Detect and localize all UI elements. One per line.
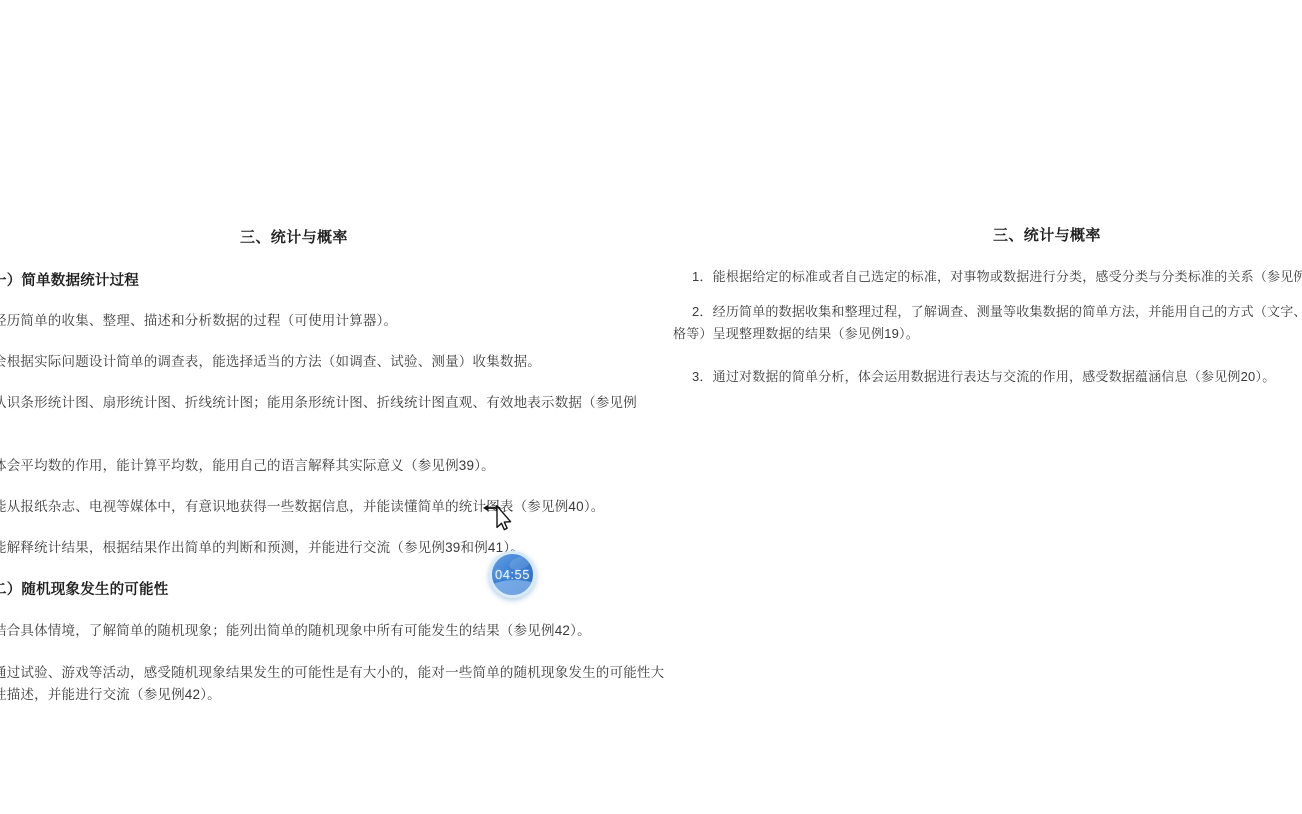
left-doc-paragraph: 经历简单的收集、整理、描述和分析数据的过程（可使用计算器）。 (0, 309, 397, 329)
left-doc-paragraph: 结合具体情境，了解简单的随机现象；能列出简单的随机现象中所有可能发生的结果（参见… (0, 619, 591, 639)
right-doc-paragraph: 3．通过对数据的简单分析，体会运用数据进行表达与交流的作用，感受数据蕴涵信息（参… (692, 366, 1275, 385)
right-doc-paragraph: 格等）呈现整理数据的结果（参见例19）。 (673, 323, 919, 342)
left-doc-paragraph: 认识条形统计图、扇形统计图、折线统计图；能用条形统计图、折线统计图直观、有效地表… (0, 391, 637, 411)
left-doc-paragraph: 会根据实际问题设计简单的调查表，能选择适当的方法（如调查、试验、测量）收集数据。 (0, 350, 541, 370)
left-doc-paragraph: 通过试验、游戏等活动，感受随机现象结果发生的可能性是有大小的，能对一些简单的随机… (0, 661, 664, 681)
left-doc-section-a-heading: 一）简单数据统计过程 (0, 269, 139, 290)
right-doc-paragraph: 2．经历简单的数据收集和整理过程，了解调查、测量等收集数据的简单方法，并能用自己… (692, 301, 1302, 320)
left-doc-title: 三、统计与概率 (240, 226, 348, 247)
left-doc-paragraph: 能解释统计结果，根据结果作出简单的判断和预测，并能进行交流（参见例39和例41）… (0, 536, 524, 556)
left-doc-section-b-heading: 二）随机现象发生的可能性 (0, 578, 168, 599)
timer-badge[interactable]: 04:55 (489, 551, 536, 598)
left-doc-paragraph: 性描述，并能进行交流（参见例42）。 (0, 683, 221, 703)
left-doc-paragraph: 能从报纸杂志、电视等媒体中，有意识地获得一些数据信息，并能读懂简单的统计图表（参… (0, 495, 604, 515)
right-doc-paragraph: 1．能根据给定的标准或者自己选定的标准，对事物或数据进行分类，感受分类与分类标准… (692, 266, 1302, 285)
right-doc-title: 三、统计与概率 (993, 224, 1101, 245)
screen: 三、统计与概率 一）简单数据统计过程 经历简单的收集、整理、描述和分析数据的过程… (0, 0, 1302, 814)
timer-value: 04:55 (492, 554, 533, 595)
left-doc-paragraph: 体会平均数的作用，能计算平均数，能用自己的语言解释其实际意义（参见例39）。 (0, 454, 495, 474)
